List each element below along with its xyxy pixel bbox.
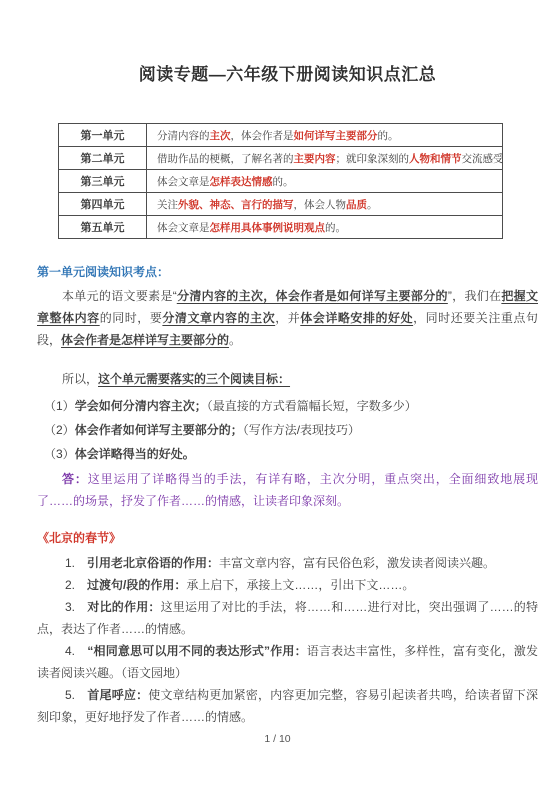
list-item-4: 4. “相同意思可以用不同的表达形式”作用：语言表达丰富性，多样性，富有变化，激…: [37, 640, 538, 684]
goal-item-3: （3）体会详略得当的好处。: [44, 442, 538, 466]
list-item-2: 2. 过渡句/段的作用：承上启下，承接上文……，引出下文……。: [37, 574, 538, 596]
document-page: 阅读专题—六年级下册阅读知识点汇总 第一单元 分清内容的主次，体会作者是如何详写…: [0, 0, 555, 785]
list-item-5: 5. 首尾呼应：使文章结构更加紧密，内容更加完整，容易引起读者共鸣，给读者留下深…: [37, 684, 538, 728]
list-item-3: 3. 对比的作用：这里运用了对比的手法，将……和……进行对比，突出强调了……的特…: [37, 596, 538, 640]
unit-desc-cell: 关注外貌、神态、言行的描写，体会人物品质。: [147, 193, 503, 216]
unit-desc-cell: 借助作品的梗概，了解名著的主要内容；就印象深刻的人物和情节交流感受。: [147, 147, 503, 170]
list-item-1: 1. 引用老北京俗语的作用：丰富文章内容，富有民俗色彩，激发读者阅读兴趣。: [37, 552, 538, 574]
table-row: 第四单元 关注外貌、神态、言行的描写，体会人物品质。: [59, 193, 503, 216]
unit-cell: 第一单元: [59, 124, 147, 147]
unit-cell: 第三单元: [59, 170, 147, 193]
page-number: 1 / 10: [0, 733, 555, 745]
units-table: 第一单元 分清内容的主次，体会作者是如何详写主要部分的。 第二单元 借助作品的梗…: [58, 123, 503, 239]
unit-cell: 第五单元: [59, 216, 147, 239]
unit-cell: 第四单元: [59, 193, 147, 216]
page-title: 阅读专题—六年级下册阅读知识点汇总: [37, 64, 538, 86]
goals-intro-paragraph: 所以，这个单元需要落实的三个阅读目标：: [37, 368, 538, 390]
unit-cell: 第二单元: [59, 147, 147, 170]
table-row: 第一单元 分清内容的主次，体会作者是如何详写主要部分的。: [59, 124, 503, 147]
reading-goals-list: （1）学会如何分清内容主次；（最直接的方式看篇幅长短，字数多少） （2）体会作者…: [37, 394, 538, 466]
table-row: 第二单元 借助作品的梗概，了解名著的主要内容；就印象深刻的人物和情节交流感受。: [59, 147, 503, 170]
unit-desc-cell: 分清内容的主次，体会作者是如何详写主要部分的。: [147, 124, 503, 147]
goal-item-1: （1）学会如何分清内容主次；（最直接的方式看篇幅长短，字数多少）: [44, 394, 538, 418]
unit-desc-cell: 体会文章是怎样表达情感的。: [147, 170, 503, 193]
unit1-intro-paragraph: 本单元的语文要素是“分清内容的主次，体会作者是如何详写主要部分的”，我们在把握文…: [37, 285, 538, 351]
lesson-notes-list: 1. 引用老北京俗语的作用：丰富文章内容，富有民俗色彩，激发读者阅读兴趣。 2.…: [37, 552, 538, 728]
lesson-title: 《北京的春节》: [37, 530, 538, 547]
goal-item-2: （2）体会作者如何详写主要部分的；（写作方法/表现技巧）: [44, 418, 538, 442]
unit-desc-cell: 体会文章是怎样用具体事例说明观点的。: [147, 216, 503, 239]
answer-paragraph: 答：这里运用了详略得当的手法，有详有略，主次分明，重点突出，全面细致地展现了………: [37, 468, 538, 512]
table-row: 第三单元 体会文章是怎样表达情感的。: [59, 170, 503, 193]
table-row: 第五单元 体会文章是怎样用具体事例说明观点的。: [59, 216, 503, 239]
section-heading-unit1: 第一单元阅读知识考点：: [37, 264, 538, 281]
